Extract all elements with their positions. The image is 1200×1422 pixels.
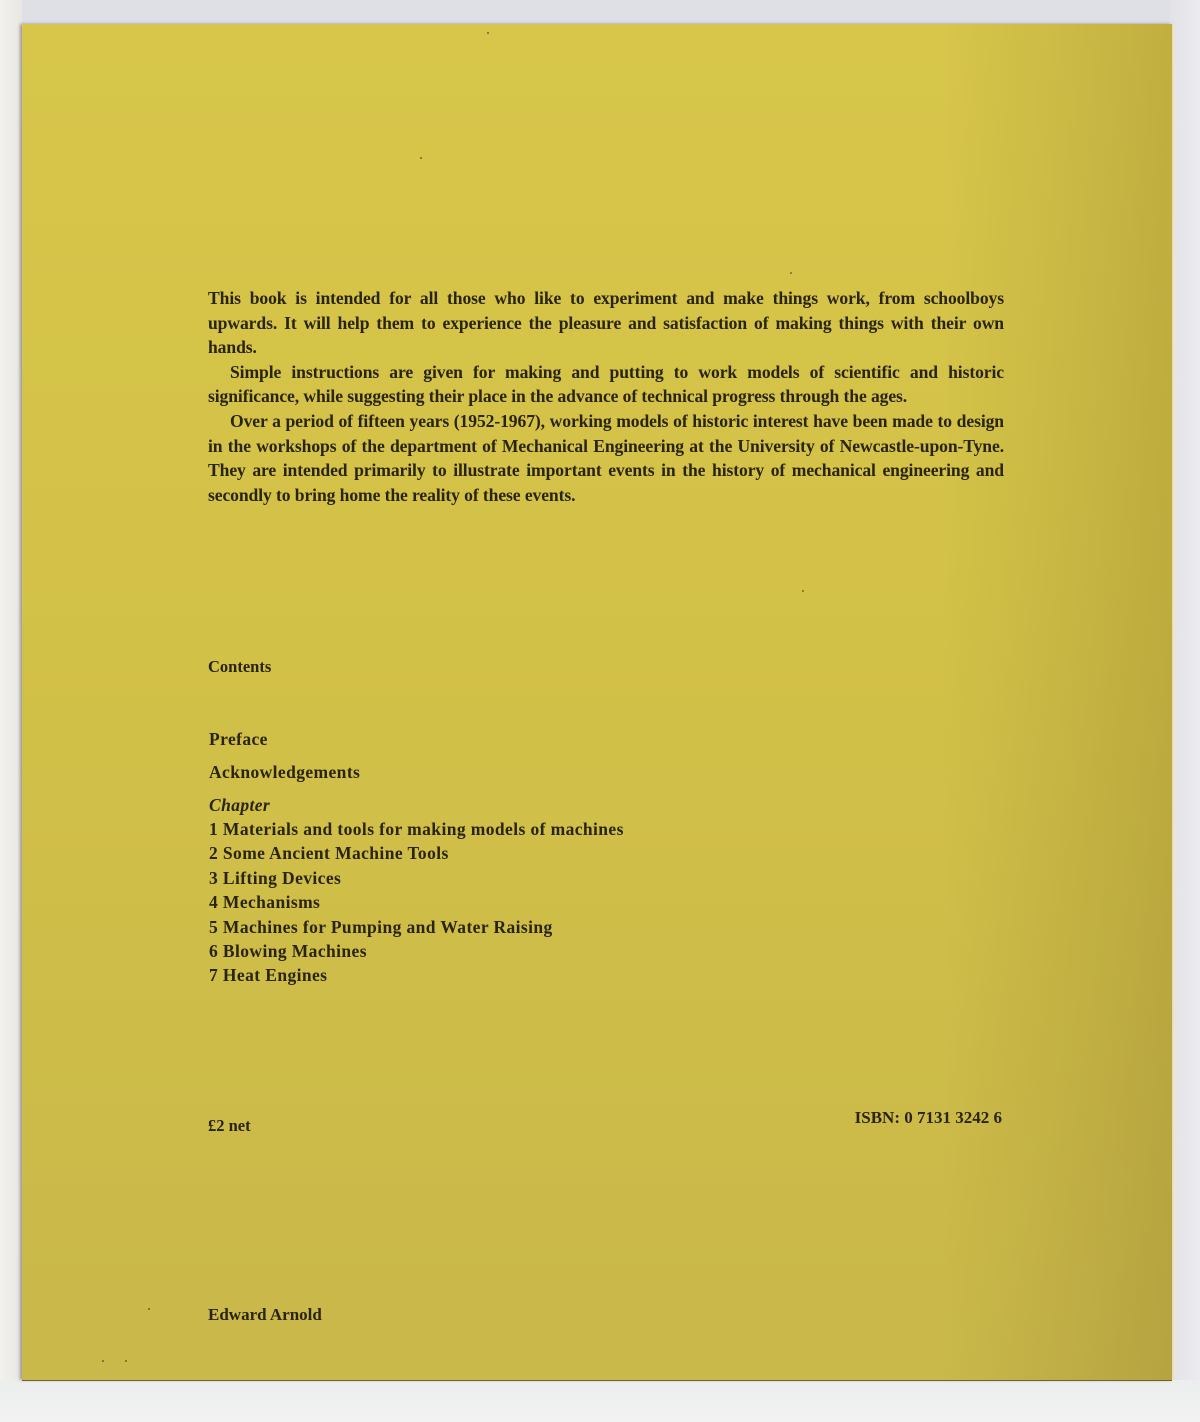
chapter-item: 6 Blowing Machines [209,939,624,963]
background-page-left [0,0,22,1422]
publisher-name: Edward Arnold [208,1305,322,1325]
blurb-paragraph: This book is intended for all those who … [208,286,1004,360]
paper-speck [487,32,489,34]
blurb-text: This book is intended for all those who … [208,286,1004,507]
isbn-label: ISBN: 0 7131 3242 6 [855,1108,1002,1128]
chapter-label: Chapter [209,793,624,817]
paper-speck [802,590,804,592]
paper-speck [102,1360,104,1362]
chapter-item: 2 Some Ancient Machine Tools [209,841,624,865]
cover-edge [1172,24,1175,1380]
chapter-item: 1 Materials and tools for making models … [209,817,624,841]
price-label: £2 net [208,1116,251,1136]
contents-list: Preface Acknowledgements Chapter 1 Mater… [209,727,624,988]
paper-speck [125,1360,127,1362]
background-surface-bottom [0,1380,1200,1422]
contents-item-acknowledgements: Acknowledgements [209,760,624,793]
paper-speck [148,1308,150,1310]
contents-item-preface: Preface [209,727,624,760]
chapter-item: 4 Mechanisms [209,890,624,914]
paper-speck [420,157,422,159]
background-surface-top [0,0,1200,24]
blurb-paragraph: Simple instructions are given for making… [208,360,1004,409]
chapter-item: 7 Heat Engines [209,963,624,987]
contents-heading: Contents [208,657,271,677]
chapter-item: 3 Lifting Devices [209,866,624,890]
blurb-paragraph: Over a period of fifteen years (1952-196… [208,409,1004,507]
paper-speck [790,272,792,274]
chapter-item: 5 Machines for Pumping and Water Raising [209,915,624,939]
book-back-cover: This book is intended for all those who … [22,24,1172,1380]
